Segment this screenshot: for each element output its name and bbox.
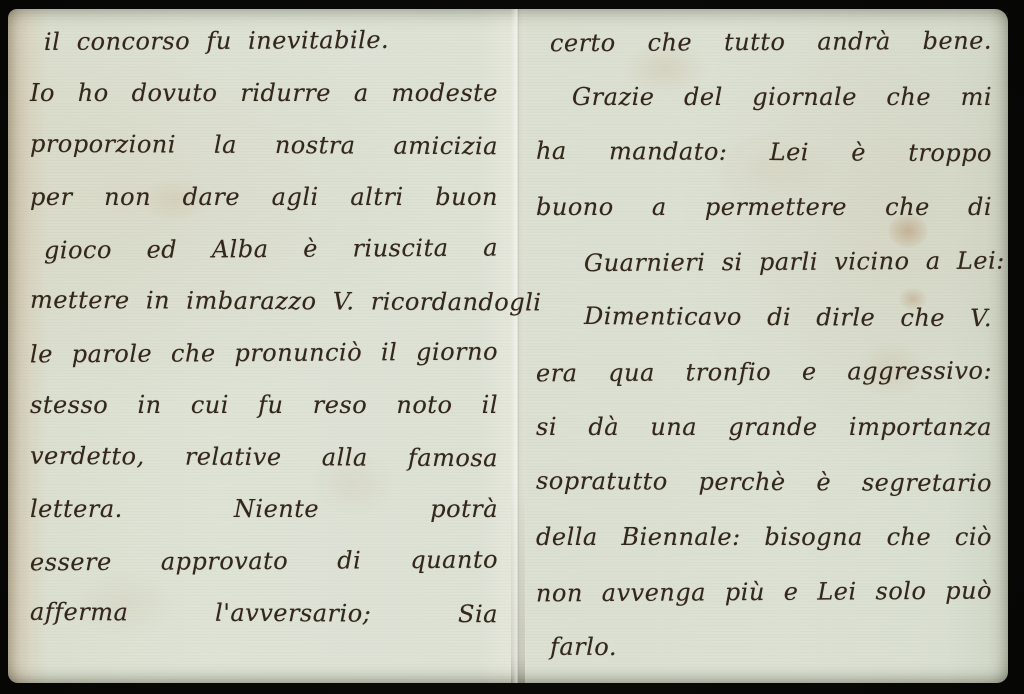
handwriting-line: ha mandato: Lei è troppo xyxy=(536,124,992,181)
handwriting-line: certo che tutto andrà bene. xyxy=(536,14,992,72)
letter-page-left: il concorso fu inevitabile. Io ho dovuto… xyxy=(30,15,498,639)
handwriting-line: buono a permettere che di xyxy=(536,180,992,235)
handwriting-line: era qua tronfio e aggressivo: xyxy=(536,344,992,402)
handwriting-line: Io ho dovuto ridurre a modeste xyxy=(30,67,498,119)
handwriting-line: il concorso fu inevitabile. xyxy=(30,14,381,68)
handwriting-line: verdetto, relative alla famosa xyxy=(30,430,498,484)
handwriting-line: farlo. xyxy=(536,620,687,676)
letter-scan: il concorso fu inevitabile. Io ho dovuto… xyxy=(0,0,1024,694)
handwriting-line: gioco ed Alba è riuscita a xyxy=(30,222,498,277)
handwriting-line: non avvenga più e Lei solo può xyxy=(536,564,992,622)
center-fold xyxy=(511,9,525,683)
handwriting-line: si dà una grande importanza xyxy=(536,400,992,455)
handwriting-line: afferma l'avversario; Sia xyxy=(30,586,498,640)
handwriting-line: essere approvato di quanto xyxy=(30,534,498,589)
handwriting-line: Grazie del giornale che mi xyxy=(536,70,992,125)
letter-paper: il concorso fu inevitabile. Io ho dovuto… xyxy=(8,9,1008,683)
letter-page-right: certo che tutto andrà bene. Grazie del g… xyxy=(536,15,992,675)
handwriting-line: per non dare agli altri buon xyxy=(30,171,498,223)
handwriting-line: sopratutto perchè è segretario xyxy=(536,454,992,511)
handwriting-line: Dimenticavo di dirle che V. xyxy=(536,289,992,346)
handwriting-line: le parole che pronunciò il giorno xyxy=(30,326,498,381)
handwriting-line: Guarnieri si parli vicino a Lei: xyxy=(536,234,992,292)
handwriting-line: mettere in imbarazzo V. ricordandogli xyxy=(30,274,498,328)
handwriting-line: lettera. Niente potrà xyxy=(30,483,498,535)
handwriting-line: della Biennale: bisogna che ciò xyxy=(536,510,992,565)
handwriting-line: proporzioni la nostra amicizia xyxy=(30,118,498,172)
handwriting-line: stesso in cui fu reso noto il xyxy=(30,379,498,431)
